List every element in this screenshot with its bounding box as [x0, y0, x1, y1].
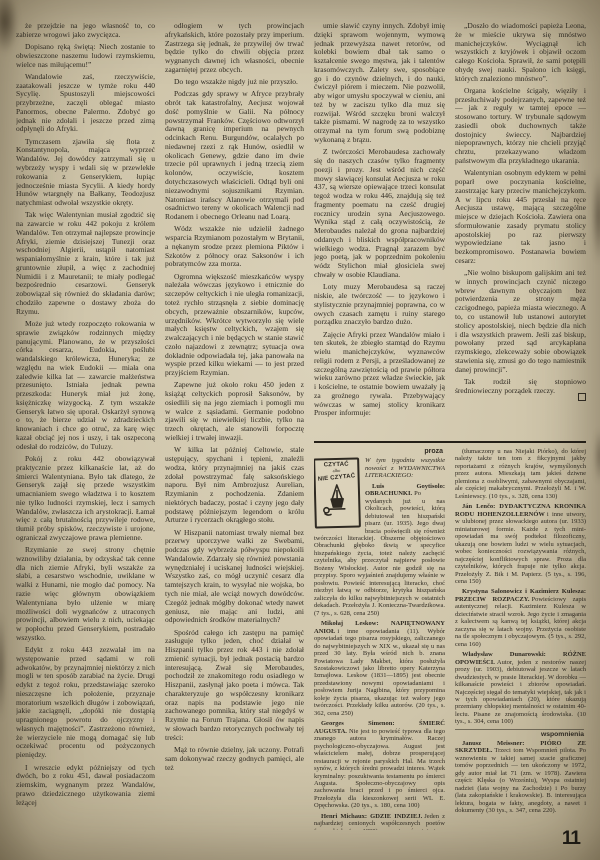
czytac-stamp: CZYTAĆ albo NIE CZYTAĆ	[314, 457, 361, 528]
book-review: Władysław Dunarowski: RÓŻNE OPOWIEŚCI.Au…	[455, 651, 586, 726]
section-divider	[314, 441, 586, 443]
article-paragraph: „Doszło do wiadomości papieża Leona, że …	[455, 22, 586, 83]
article-paragraph: Do tego wszakże nigdy już nie przyszło.	[165, 78, 304, 87]
article-paragraph: Loty muzy Merobaudesa są raczej niskie, …	[314, 283, 445, 327]
article-paragraph: umie sławić czyny innych. Zdobył imię dz…	[314, 22, 445, 145]
reviews-column-2: (tłumaczony u nas Niejaki Piórko), do kt…	[455, 448, 586, 830]
review-author-title: Henri Michaux: GDZIE INDZIEJ.	[321, 813, 422, 820]
reviews-genre-label: proza	[314, 448, 443, 455]
page-number: 11	[562, 828, 580, 850]
article-paragraph: Może już wtedy rozpoczęto rokowania w sp…	[16, 320, 155, 451]
article-paragraph: Z twórczości Merobaudesa zachowały się d…	[314, 148, 445, 279]
article-paragraph: Zajęcie Afryki przez Wandalów miało i te…	[314, 331, 445, 419]
review-text: Władysław Dunarowski: RÓŻNE OPOWIEŚCI.Au…	[455, 651, 586, 726]
review-body: Autor, jeden z nestorów naszej prozy (ur…	[455, 659, 586, 726]
review-author-title: Luis Goytisolo: OBRACHUNKI.	[365, 483, 445, 497]
reviews-column-1: proza CZYTAĆ albo NIE CZYTAĆ	[314, 448, 445, 830]
review-text: Mikołaj Leskow: NAPIĘTNOWANY ANIOŁi inne…	[314, 620, 445, 717]
article-paragraph: Zapewne już około roku 450 jeden z książ…	[165, 381, 304, 442]
article-paragraph: Dopisano ręką świętą: Niech zostanie to …	[16, 43, 155, 69]
review-body: Powieściowy zapis autentycznej relacji. …	[455, 596, 586, 648]
review-text: Ján Lenčo: DYDAKTYCZNA KRONIKA RODU HOHE…	[455, 503, 586, 585]
article-column-1: że przejdzie na jego własność to, co zab…	[16, 22, 155, 830]
review-text: Janusz Meissner: PIÓRO ZE SKRZYDEŁ.Trzec…	[455, 740, 586, 815]
article-columns-right: umie sławić czyny innych. Zdobył imię dz…	[314, 22, 586, 438]
article-paragraph: Mąż to równie dzielny, jak uczony. Potra…	[165, 746, 304, 772]
article-paragraph: Wódz wszakże nie udzielił żadnego wsparc…	[165, 225, 304, 269]
article-paragraph: Wandalowie zaś, rzeczywiście, zaatakowal…	[16, 73, 155, 134]
article-paragraph: Tymczasem zjawiła się flota z Konstantyn…	[16, 138, 155, 208]
article-paragraph: W Hiszpanii natomiast trwały niemal bez …	[165, 529, 304, 625]
scan-smudge	[0, 612, 6, 722]
book-review: wspomnienia Janusz Meissner: PIÓRO ZE SK…	[455, 729, 586, 815]
article-paragraph: Walentynian osobnym edyktem w pełni popa…	[455, 169, 586, 265]
book-reviews-section: proza CZYTAĆ albo NIE CZYTAĆ	[314, 448, 586, 830]
end-of-article-icon	[578, 393, 586, 401]
book-review: (tłumaczony u nas Niejaki Piórko), do kt…	[455, 448, 586, 500]
stamp-label: NIE CZYTAĆ	[316, 473, 356, 483]
book-review: Mikołaj Leskow: NAPIĘTNOWANY ANIOŁi inne…	[314, 620, 445, 717]
review-body: Nie jest to powieść typowa dla tego znan…	[314, 728, 445, 810]
page-columns: że przejdzie na jego własność to, co zab…	[16, 22, 586, 830]
article-paragraph: odłogiem w tych prowincjach afrykańskich…	[165, 22, 304, 75]
scanned-magazine-page: że przejdzie na jego własność to, co zab…	[0, 0, 600, 860]
article-paragraph: Rzymianie ze swej strony chętnie wznowil…	[16, 546, 155, 642]
article-column-4: „Doszło do wiadomości papieża Leona, że …	[455, 22, 586, 438]
article-column-2: odłogiem w tych prowincjach afrykańskich…	[165, 22, 304, 830]
article-paragraph: Pokój z roku 442 obowiązywał praktycznie…	[16, 455, 155, 543]
inkwell-quill-icon	[321, 482, 354, 517]
review-body: i inne opowiadania (11). Wybór opowiadań…	[314, 628, 445, 717]
article-paragraph: Podczas gdy sprawy w Afryce przybrały ob…	[165, 90, 304, 221]
article-paragraph: Organa kościelne ścigały, więziły i prze…	[455, 87, 586, 166]
article-paragraph: Edykt z roku 443 zezwalał im na występow…	[16, 646, 155, 760]
review-body: (tłumaczony u nas Niejaki Piórko), do kt…	[455, 448, 586, 500]
review-body: i inne utwory, w ulubionej przez słowack…	[455, 511, 586, 585]
reviews-subsection-label: wspomnienia	[455, 729, 584, 738]
book-review: Georges Simenon: ŚMIERĆ AUGUSTA.Nie jest…	[314, 720, 445, 810]
review-text: Krystyna Salonowicz i Kazimierz Kulesza:…	[455, 588, 586, 648]
scan-smudge	[592, 168, 600, 264]
right-half: umie sławić czyny innych. Zdobył imię dz…	[314, 22, 586, 830]
book-review: Ján Lenčo: DYDAKTYCZNA KRONIKA RODU HOHE…	[455, 503, 586, 585]
article-paragraph: Ogromna większość mieszkańców wyspy nale…	[165, 273, 304, 378]
article-paragraph: że przejdzie na jego własność to, co zab…	[16, 22, 155, 40]
review-body: Trzeci tom Wspomnień pilota. Po wznowien…	[455, 747, 586, 814]
review-text: Henri Michaux: GDZIE INDZIEJ.Jeden z naj…	[314, 813, 445, 830]
article-paragraph: „Nie wolno biskupom galijskim ani też w …	[455, 269, 586, 374]
article-paragraph: Spośród całego ich zastępu na pamięć zas…	[165, 629, 304, 743]
scan-smudge	[595, 428, 600, 484]
book-review: Henri Michaux: GDZIE INDZIEJ.Jeden z naj…	[314, 813, 445, 830]
book-review: Krystyna Salonowicz i Kazimierz Kulesza:…	[455, 588, 586, 648]
article-paragraph: W kilka lat później Celtowie, stale ustę…	[165, 446, 304, 525]
article-paragraph: I wreszcie edykt późniejszy od tych dwóc…	[16, 764, 155, 808]
review-text: (tłumaczony u nas Niejaki Piórko), do kt…	[455, 448, 586, 500]
review-text: Georges Simenon: ŚMIERĆ AUGUSTA.Nie jest…	[314, 720, 445, 810]
article-column-3: umie sławić czyny innych. Zdobył imię dz…	[314, 22, 445, 438]
article-paragraph: Tak więc Walentynian musiał zgodzić się …	[16, 211, 155, 316]
